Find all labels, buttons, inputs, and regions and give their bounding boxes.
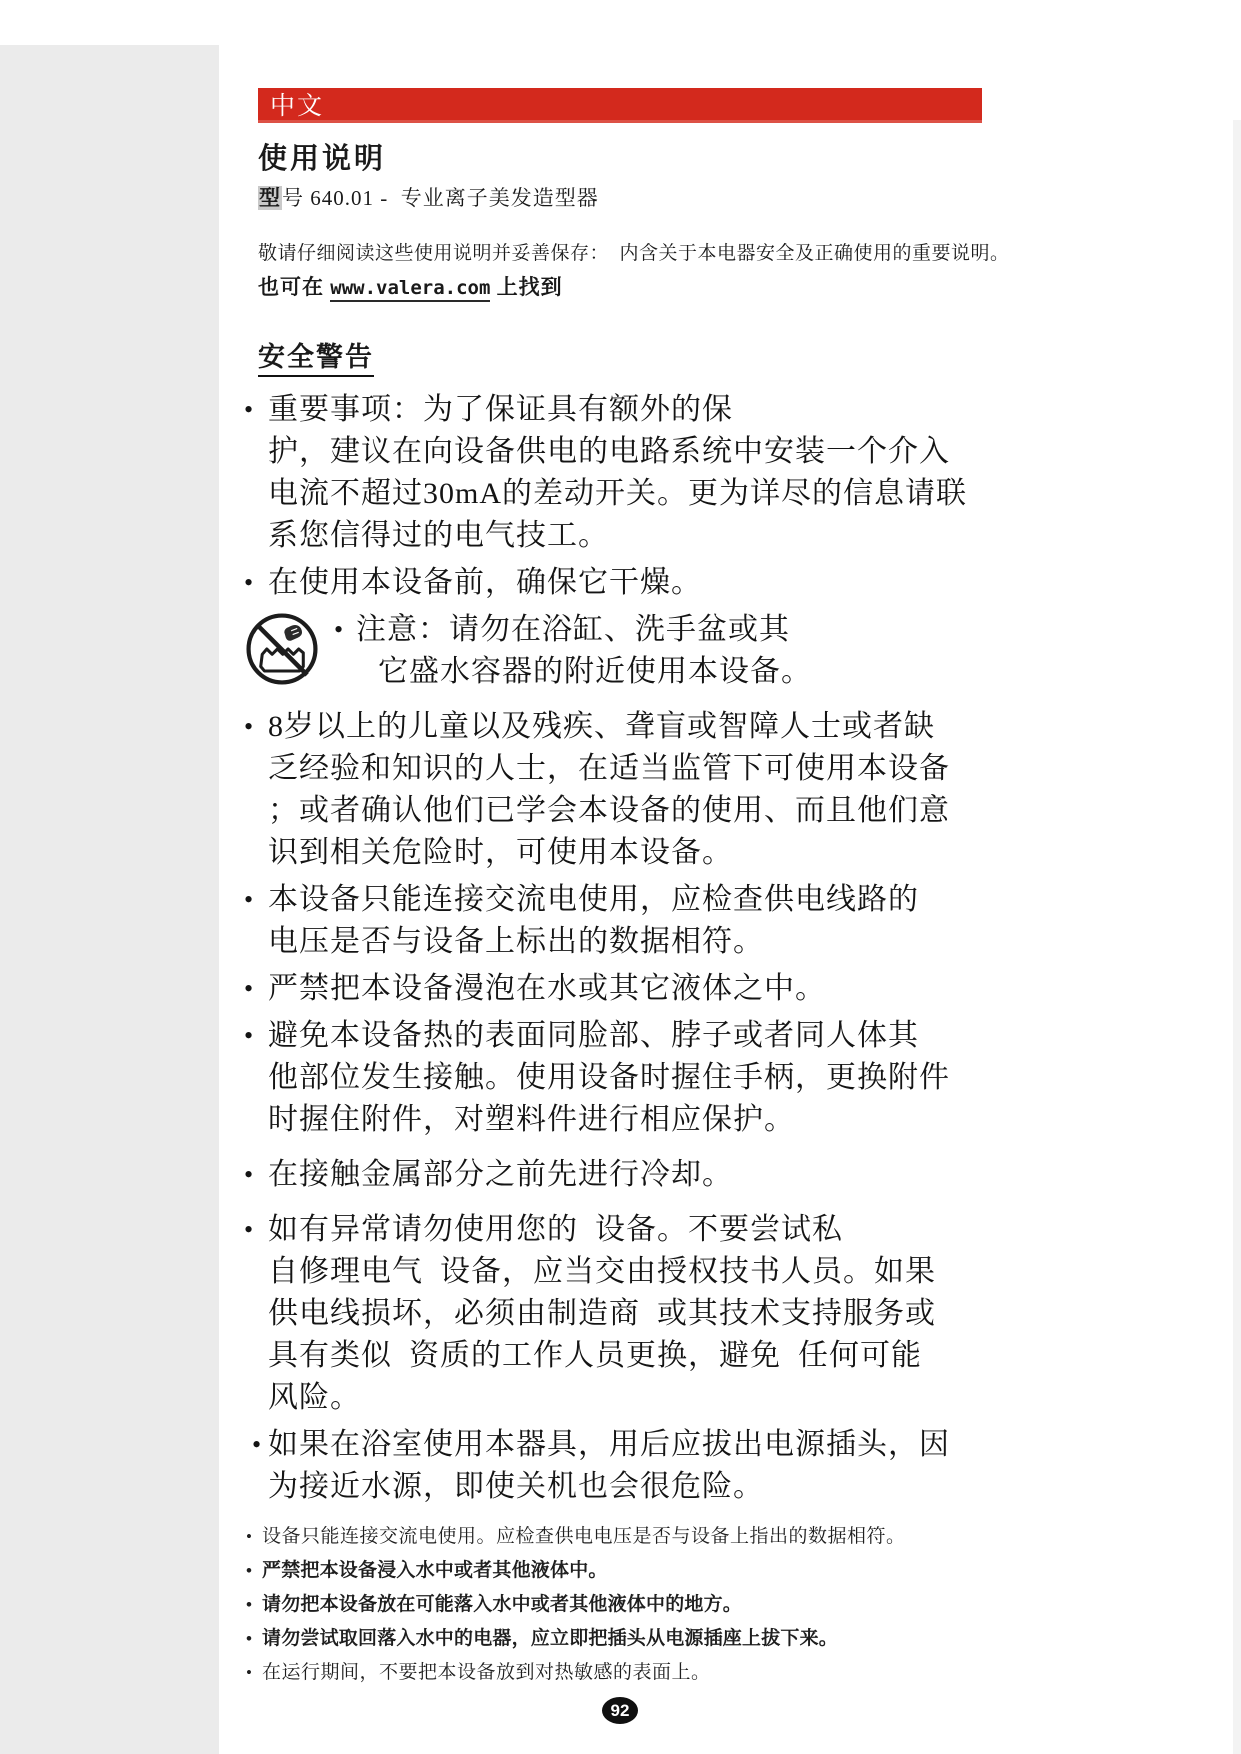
bullet-line: 如果在浴室使用本器具，用后应拔出电源插头，因 [268,1424,982,1466]
bullet-line: 时握住附件，对塑料件进行相应保护。 [268,1099,982,1141]
bullet-line: 电流不超过30mA的差动开关。更为详尽的信息请联 [268,473,982,515]
safety-bullet-ac-power: 本设备只能连接交流电使用，应检查供电线路的 电压是否与设备上标出的数据相符。 [258,879,982,963]
website-link[interactable]: www.valera.com [330,277,490,302]
bullet-line: 避免本设备热的表面同脸部、脖子或者同人体其 [268,1015,982,1057]
website-line: 也可在 www.valera.com 上找到 [258,271,982,301]
bullet-line: 注意：请勿在浴缸、洗手盆或其 [356,609,982,651]
safety-bullet-repairs: 如有异常请勿使用您的 设备。不要尝试私 自修理电气 设备，应当交由授权技书人员。… [258,1209,982,1419]
no-use-near-water-icon [244,611,320,687]
model-line-highlight: 型 [258,186,282,210]
bullet-line: ；或者确认他们已学会本设备的使用、而且他们意 [268,790,982,832]
bullet-line: 他部位发生接触。使用设备时握住手柄，更换附件 [268,1057,982,1099]
bullet-line: 自修理电气 设备，应当交由授权技书人员。如果 [268,1251,982,1293]
page-number-area: 92 [258,1697,982,1724]
scanned-manual-page: { "page": { "banner_label": "中文", "title… [0,0,1241,1754]
bullet-line: 重要事项：为了保证具有额外的保 [268,389,982,431]
language-banner-label: 中文 [270,86,324,122]
website-line-prefix: 也可在 [258,275,330,299]
bullet-line: 识到相关危险时，可使用本设备。 [268,832,982,874]
website-line-suffix: 上找到 [490,275,562,299]
bullet-line: 严禁把本设备漫泡在水或其它液体之中。 [268,968,982,1010]
small-bullet: 在运行期间，不要把本设备放到对热敏感的表面上。 [246,1660,982,1685]
safety-bullet-important: 重要事项：为了保证具有额外的保 护，建议在向设备供电的电路系统中安装一个介入 电… [258,389,982,557]
safety-bullet-cool-down: 在接触金属部分之前先进行冷却。 [258,1154,982,1196]
page-number-badge: 92 [602,1697,638,1724]
scan-edge-left [0,45,219,1754]
model-line: 型号 640.01 - 专业离子美发造型器 [258,182,982,212]
bullet-line: 8岁以上的儿童以及残疾、聋盲或智障人士或者缺 [268,706,982,748]
safety-bullet-no-immersion: 严禁把本设备漫泡在水或其它液体之中。 [258,968,982,1010]
intro-text: 敬请仔细阅读这些使用说明并妥善保存： 内含关于本电器安全及正确使用的重要说明。 [258,238,982,265]
safety-bullet-bathroom: 如果在浴室使用本器具，用后应拔出电源插头，因 为接近水源，即使关机也会很危险。 [258,1424,982,1508]
bullet-line: 系您信得过的电气技工。 [268,515,982,557]
small-bullet: 请勿尝试取回落入水中的电器，应立即把插头从电源插座上拔下来。 [246,1626,982,1651]
small-bullet: 请勿把本设备放在可能落入水中或者其他液体中的地方。 [246,1592,982,1617]
bullet-line: 供电线损坏，必须由制造商 或其技术支持服务或 [268,1293,982,1335]
safety-bullet-no-water: 注意：请勿在浴缸、洗手盆或其 它盛水容器的附近使用本设备。 [258,609,982,701]
bullet-line: 电压是否与设备上标出的数据相符。 [268,921,982,963]
bullet-line: 为接近水源，即使关机也会很危险。 [268,1466,982,1508]
safety-heading: 安全警告 [258,335,374,377]
small-bullet: 严禁把本设备浸入水中或者其他液体中。 [246,1558,982,1583]
bullet-line: 在使用本设备前，确保它干燥。 [268,562,982,604]
bullet-line: 它盛水容器的附近使用本设备。 [378,651,982,693]
bullet-line: 本设备只能连接交流电使用，应检查供电线路的 [268,879,982,921]
safety-small-list: 设备只能连接交流电使用。应检查供电电压是否与设备上指出的数据相符。 严禁把本设备… [246,1524,982,1685]
scan-edge-right [1233,120,1241,1754]
bullet-line: 护，建议在向设备供电的电路系统中安装一个介入 [268,431,982,473]
safety-bullet-children: 8岁以上的儿童以及残疾、聋盲或智障人士或者缺 乏经验和知识的人士，在适当监管下可… [258,706,982,874]
model-line-text: 号 640.01 - 专业离子美发造型器 [282,186,599,210]
bullet-line: 在接触金属部分之前先进行冷却。 [268,1154,982,1196]
bullet-line: 风险。 [268,1377,982,1419]
safety-bullet-dry: 在使用本设备前，确保它干燥。 [258,562,982,604]
small-bullet: 设备只能连接交流电使用。应检查供电电压是否与设备上指出的数据相符。 [246,1524,982,1549]
bullet-line: 乏经验和知识的人士，在适当监管下可使用本设备 [268,748,982,790]
language-banner: 中文 [258,88,982,123]
bullet-line: 如有异常请勿使用您的 设备。不要尝试私 [268,1209,982,1251]
page-title: 使用说明 [258,136,982,177]
safety-bullet-hot-surface: 避免本设备热的表面同脸部、脖子或者同人体其 他部位发生接触。使用设备时握住手柄，… [258,1015,982,1141]
page-content: 中文 使用说明 型号 640.01 - 专业离子美发造型器 敬请仔细阅读这些使用… [258,88,982,1724]
bullet-line: 具有类似 资质的工作人员更换，避免 任何可能 [268,1335,982,1377]
safety-warning-list: 重要事项：为了保证具有额外的保 护，建议在向设备供电的电路系统中安装一个介入 电… [258,389,982,1508]
